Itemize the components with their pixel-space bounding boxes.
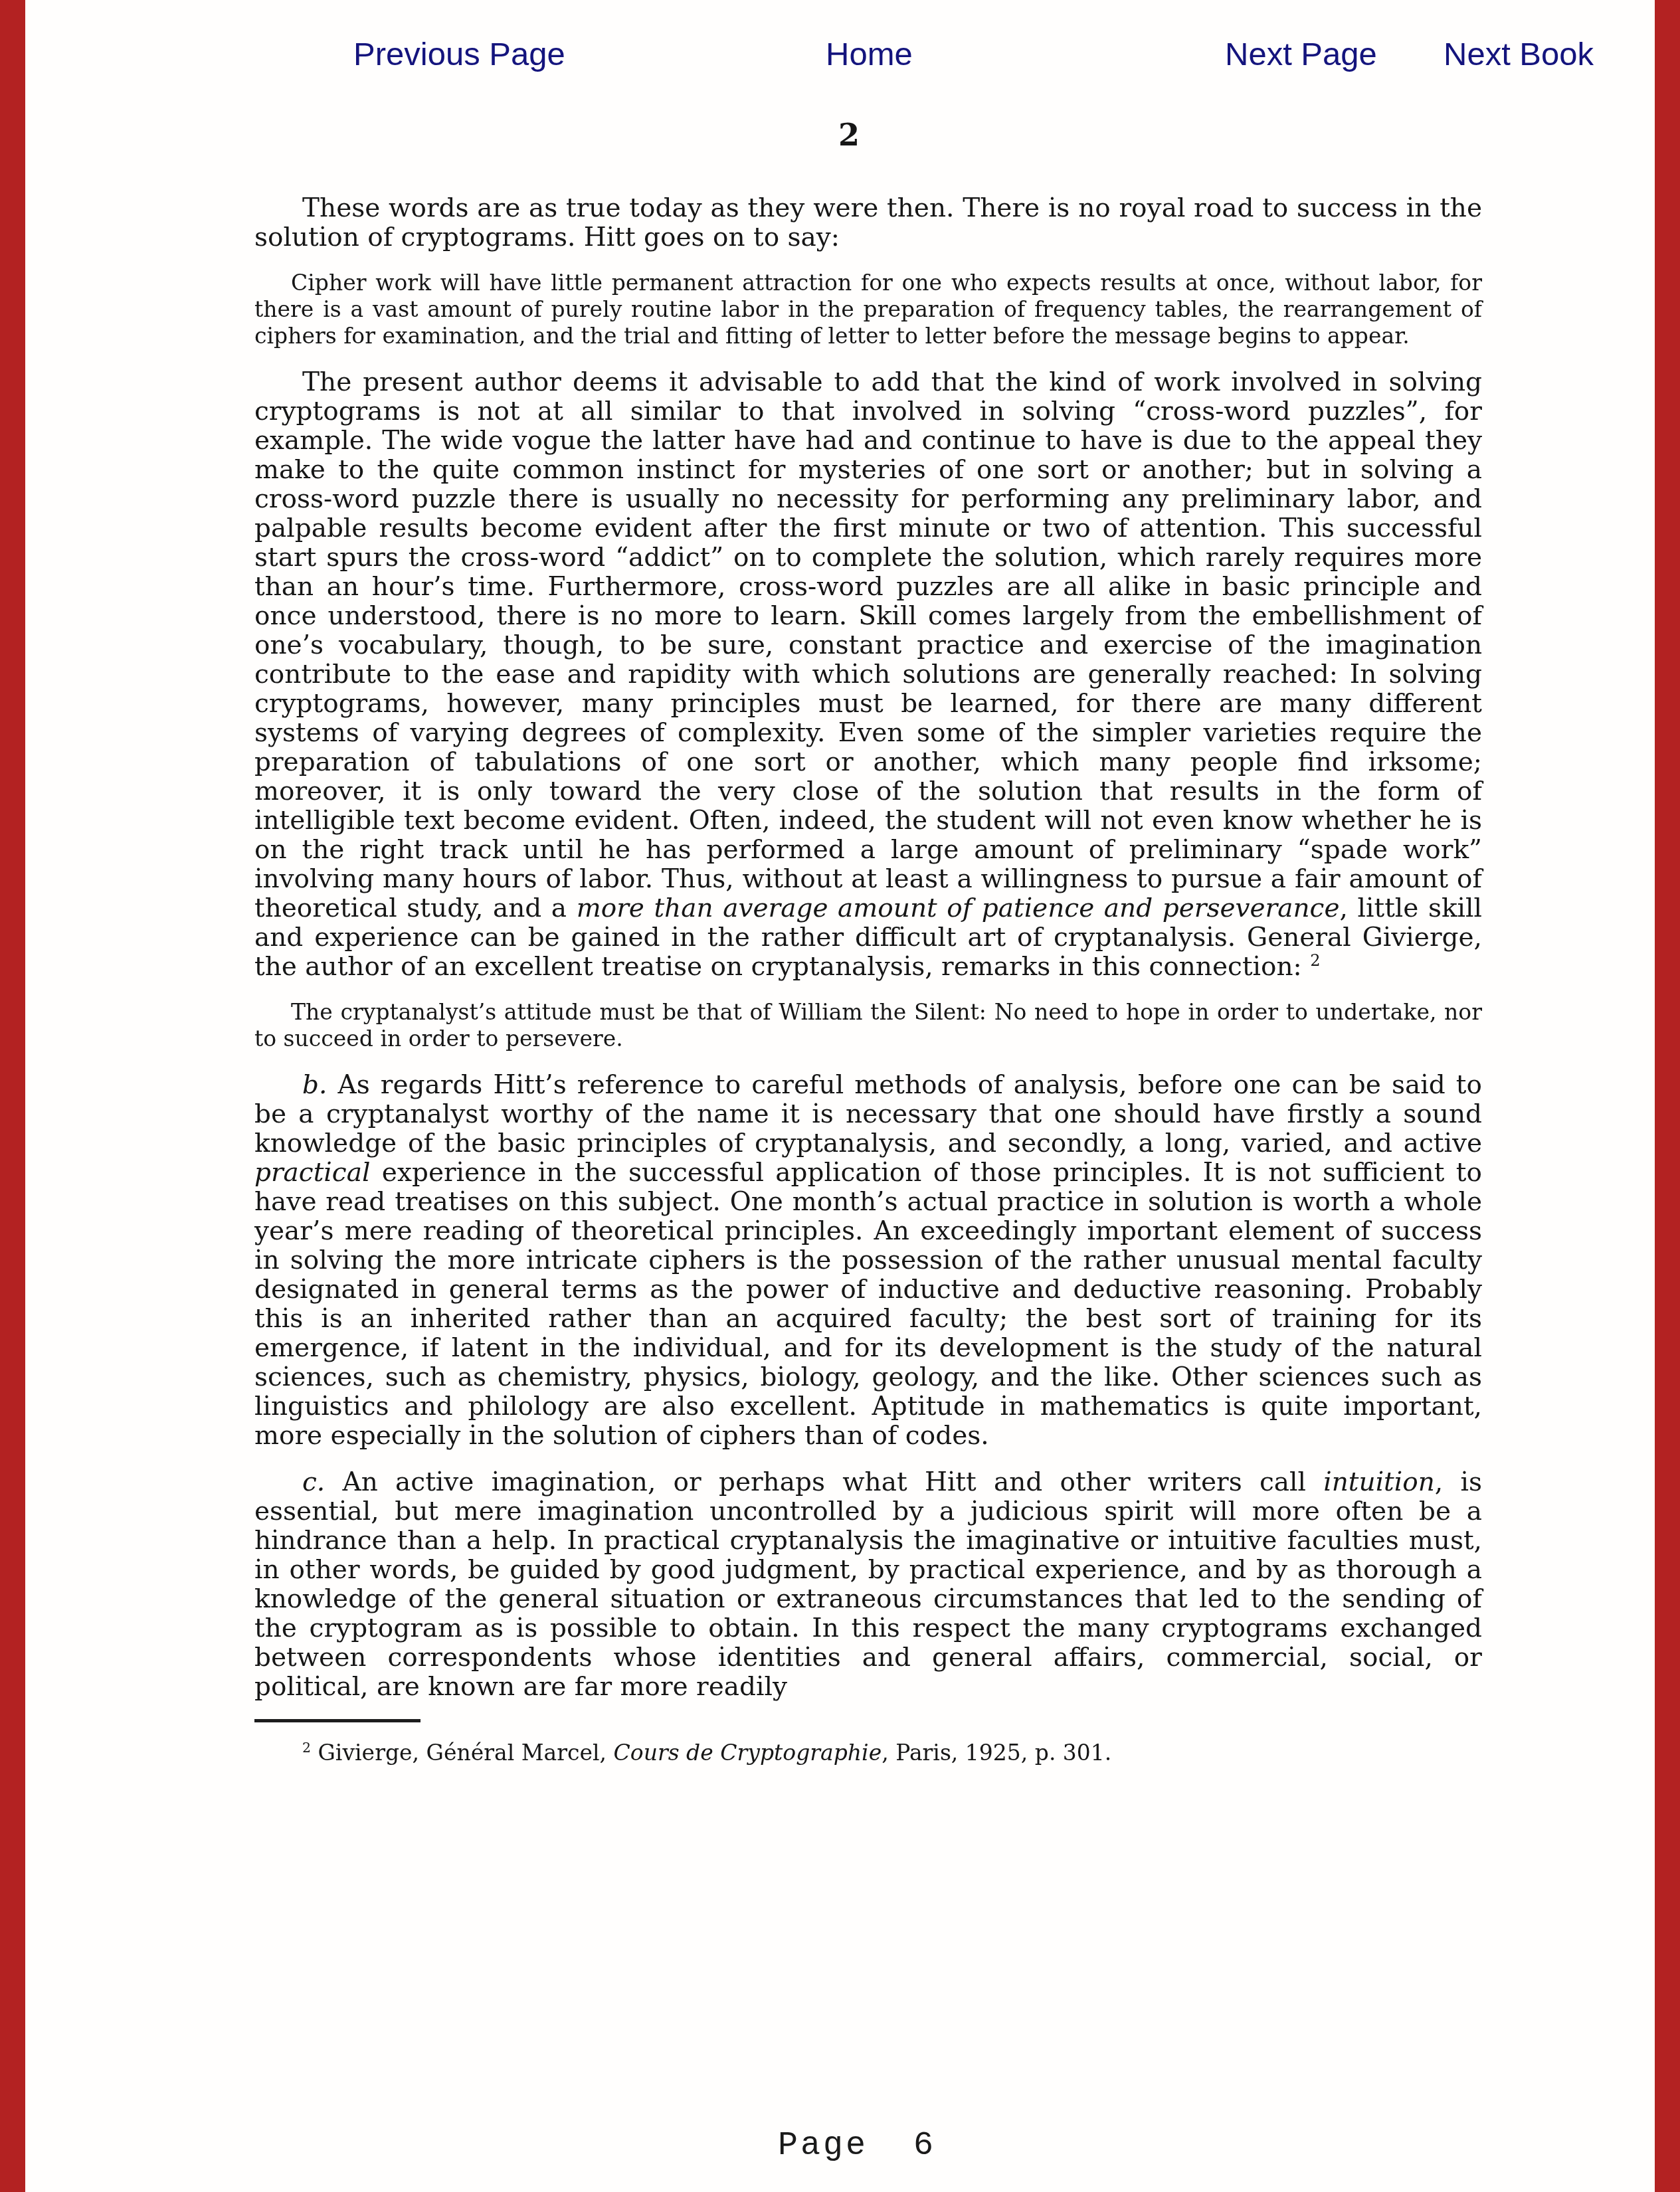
scan-edge-bar-right <box>1655 0 1680 2192</box>
next-book-link[interactable]: Next Book <box>1444 39 1594 71</box>
blockquote-givierge: The cryptanalyst’s attitude must be that… <box>254 999 1482 1052</box>
paragraph-c: c. An active imagination, or perhaps wha… <box>254 1468 1482 1702</box>
blockquote-hitt: Cipher work will have little permanent a… <box>254 270 1482 349</box>
page-text-body: These words are as true today as they we… <box>254 194 1482 1766</box>
previous-page-link[interactable]: Previous Page <box>353 39 565 71</box>
page-number: 2 <box>838 120 860 150</box>
home-link[interactable]: Home <box>826 39 913 71</box>
page-footer: Page 6 <box>778 2130 936 2163</box>
paragraph-intro: These words are as true today as they we… <box>254 194 1482 252</box>
footnote-givierge-citation: 2 Givierge, Général Marcel, Cours de Cry… <box>254 1740 1482 1766</box>
scanned-book-page: Previous Page Home Next Page Next Book 2… <box>0 0 1680 2192</box>
footnote-separator <box>254 1719 420 1722</box>
paragraph-crossword: The present author deems it advisable to… <box>254 368 1482 982</box>
next-page-link[interactable]: Next Page <box>1225 39 1377 71</box>
scan-edge-bar-left <box>0 0 25 2192</box>
paragraph-b: b. As regards Hitt’s reference to carefu… <box>254 1071 1482 1451</box>
